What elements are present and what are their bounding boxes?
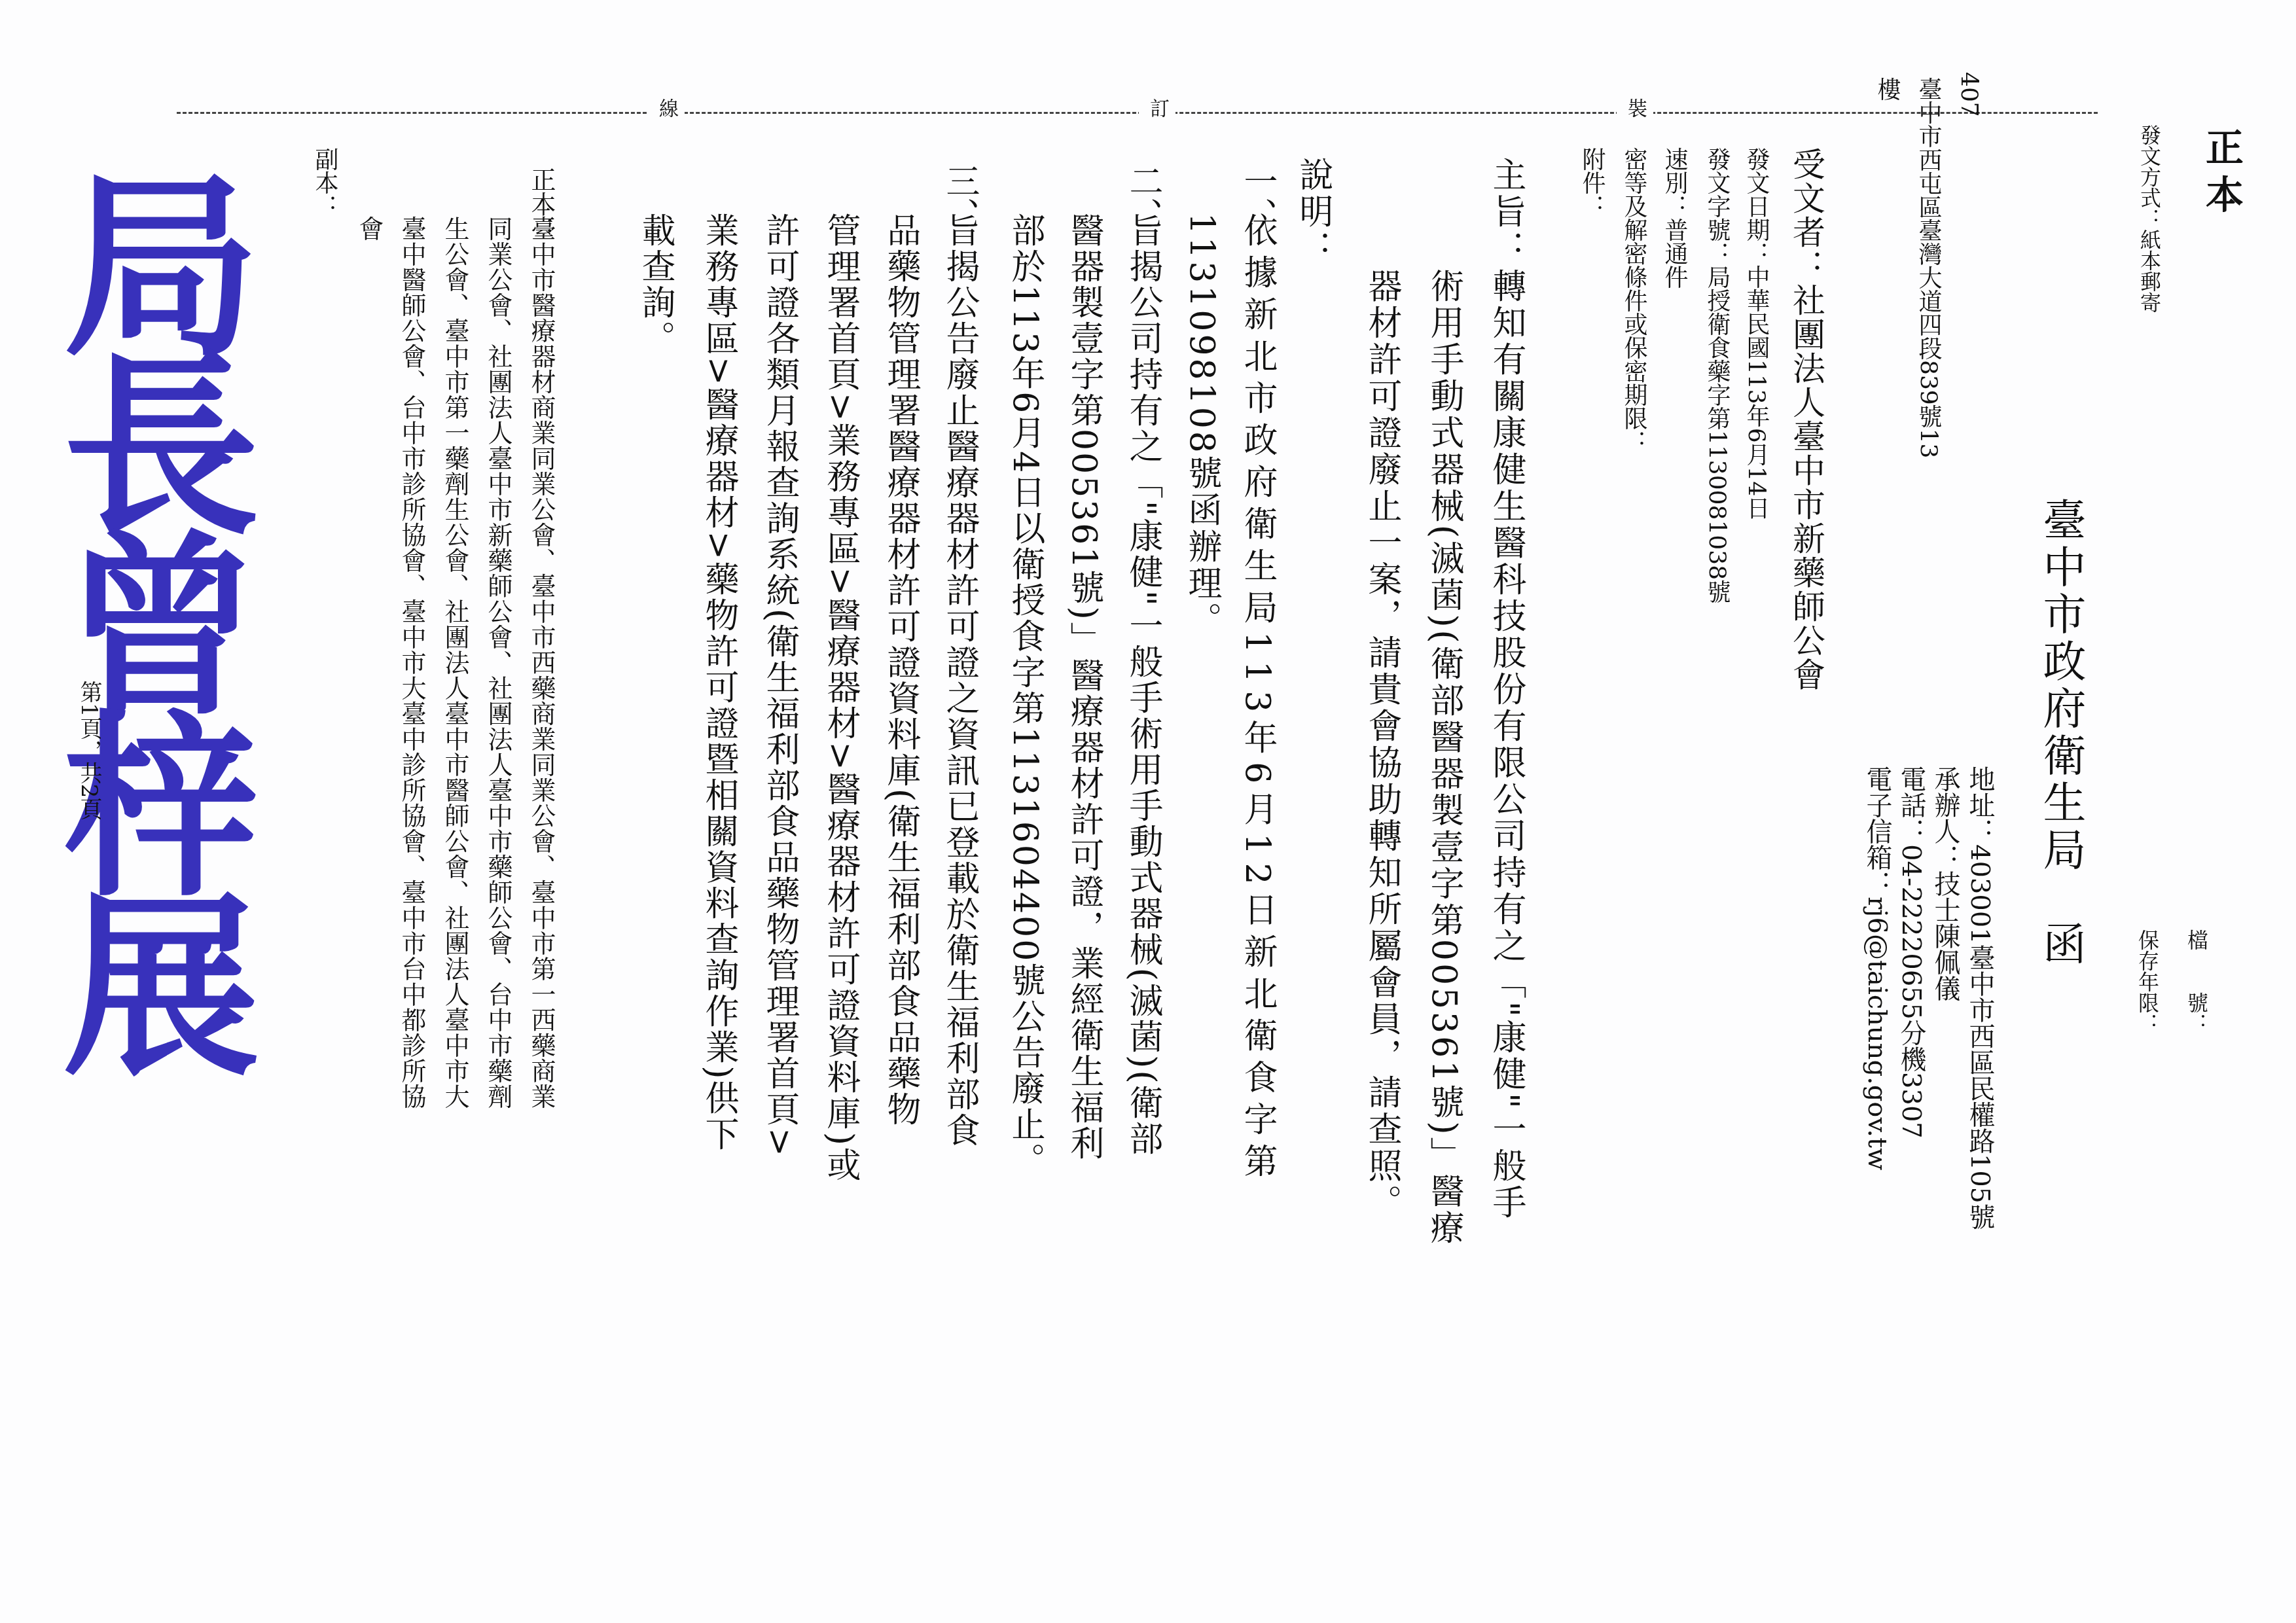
- binding-mark-xian: 線: [648, 98, 685, 118]
- file-number-label: 檔 號：: [2186, 929, 2207, 1034]
- recipient-postal-code: 407: [1957, 72, 1981, 117]
- recipient: 受文者：社團法人臺中市新藥師公會: [1790, 147, 1823, 692]
- recipient-address-line2: 樓: [1875, 77, 1899, 101]
- distribution-original-line-4: 臺中醫師公會、台中市診所協會、臺中市大臺中診所協會、臺中市台中都診所協: [399, 216, 424, 1109]
- subject-line-3: 器材許可證廢止一案，請貴會協助轉知所屬會員，請查照。: [1365, 268, 1399, 1221]
- secrecy-level: 密等及解密條件或保密期限：: [1622, 147, 1645, 454]
- explanation-item-2-line-2: 醫器製壹字第005361號)」醫療器材許可證，業經衛生福利: [1067, 213, 1101, 1162]
- distribution-original-line-1: 臺中市醫療器材商業同業公會、臺中市西藥商業同業公會、臺中市第一西藥商業: [529, 216, 554, 1109]
- attachment-label: 附件：: [1580, 147, 1604, 218]
- delivery-speed: 速別：普通件: [1662, 147, 1686, 289]
- explanation-item-3-line-2: 品藥物管理署醫療器材許可證資料庫(衛生福利部食品藥物: [884, 213, 918, 1128]
- document-title: 臺中市政府衛生局 函: [2039, 497, 2082, 969]
- phone: 電話：04-22220655分機3307: [1898, 766, 1924, 1139]
- explanation-item-3-line-5: 業務專區>醫療器材>藥物許可證暨相關資料查詢作業)供下: [702, 213, 736, 1152]
- director-seal-stamp: 局長曾梓展: [46, 164, 242, 1063]
- email: 電子信箱：rj6@taichung.gov.tw: [1864, 766, 1890, 1170]
- copy-type: 正本: [2202, 128, 2240, 222]
- explanation-item-3-line-4: 許可證各類月報查詢系統(衛生福利部食品藥物管理署首頁>: [762, 213, 797, 1158]
- dispatch-date: 發文日期：中華民國113年6月14日: [1744, 147, 1768, 520]
- binding-mark-zhuang: 裝: [1617, 98, 1653, 118]
- distribution-copy-label: 副本：: [313, 147, 336, 218]
- explanation-item-3-line-3: 管理署首頁>業務專區>醫療器材>醫療器材許可證資料庫)或: [823, 213, 857, 1183]
- dispatch-method: 發文方式：紙本郵寄: [2139, 124, 2160, 313]
- explanation-item-3-line-1: 旨揭公告廢止醫療器材許可證之資訊已登載於衛生福利部食: [942, 213, 977, 1149]
- retention-period-label: 保存年限：: [2137, 929, 2158, 1034]
- explanation-item-2-line-1: 旨揭公司持有之「"康健"一般手術用手動式器械(滅菌)(衛部: [1126, 213, 1160, 1158]
- explanation-item-2-line-3: 部於113年6月4日以衛授食字第1131604400號公告廢止。: [1008, 213, 1042, 1179]
- explanation-label: 說明：: [1296, 157, 1330, 267]
- page-number: 第1頁，共2頁: [73, 681, 105, 820]
- handler: 承辦人：技士陳佩儀: [1932, 766, 1958, 1001]
- subject-line-2: 術用手動式器械(滅菌)(衛部醫器製壹字第005361號)」醫療: [1427, 268, 1461, 1247]
- distribution-original-line-3: 生公會、臺中市第一藥劑生公會、社團法人臺中市醫師公會、社團法人臺中市大: [442, 216, 467, 1109]
- recipient-address-line1: 臺中市西屯區臺灣大道四段839號13: [1916, 77, 1940, 459]
- subject-line-1: 轉知有關康健生醫科技股份有限公司持有之「"康健"一般手: [1489, 268, 1523, 1221]
- binding-mark-ding: 訂: [1139, 98, 1175, 118]
- explanation-item-1-line-2: 1131098108號函辦理。: [1185, 213, 1219, 639]
- sender-address: 地址：403001臺中市西區民權路105號: [1967, 766, 1993, 1230]
- distribution-original-line-2: 同業公會、社團法人臺中市新藥師公會、社團法人臺中市藥師公會、台中市藥劑: [486, 216, 511, 1109]
- binding-line: [177, 112, 2098, 114]
- explanation-item-3-line-6: 載查詢。: [638, 213, 672, 357]
- explanation-item-1-line-1: 依據新北市政府衛生局113年6月12日新北衛食字第: [1240, 213, 1274, 1186]
- document-number: 發文字號：局授衛食藥字第1130081038號: [1705, 147, 1729, 603]
- subject-label: 主旨：: [1489, 157, 1523, 267]
- distribution-original-line-5: 會: [357, 216, 382, 241]
